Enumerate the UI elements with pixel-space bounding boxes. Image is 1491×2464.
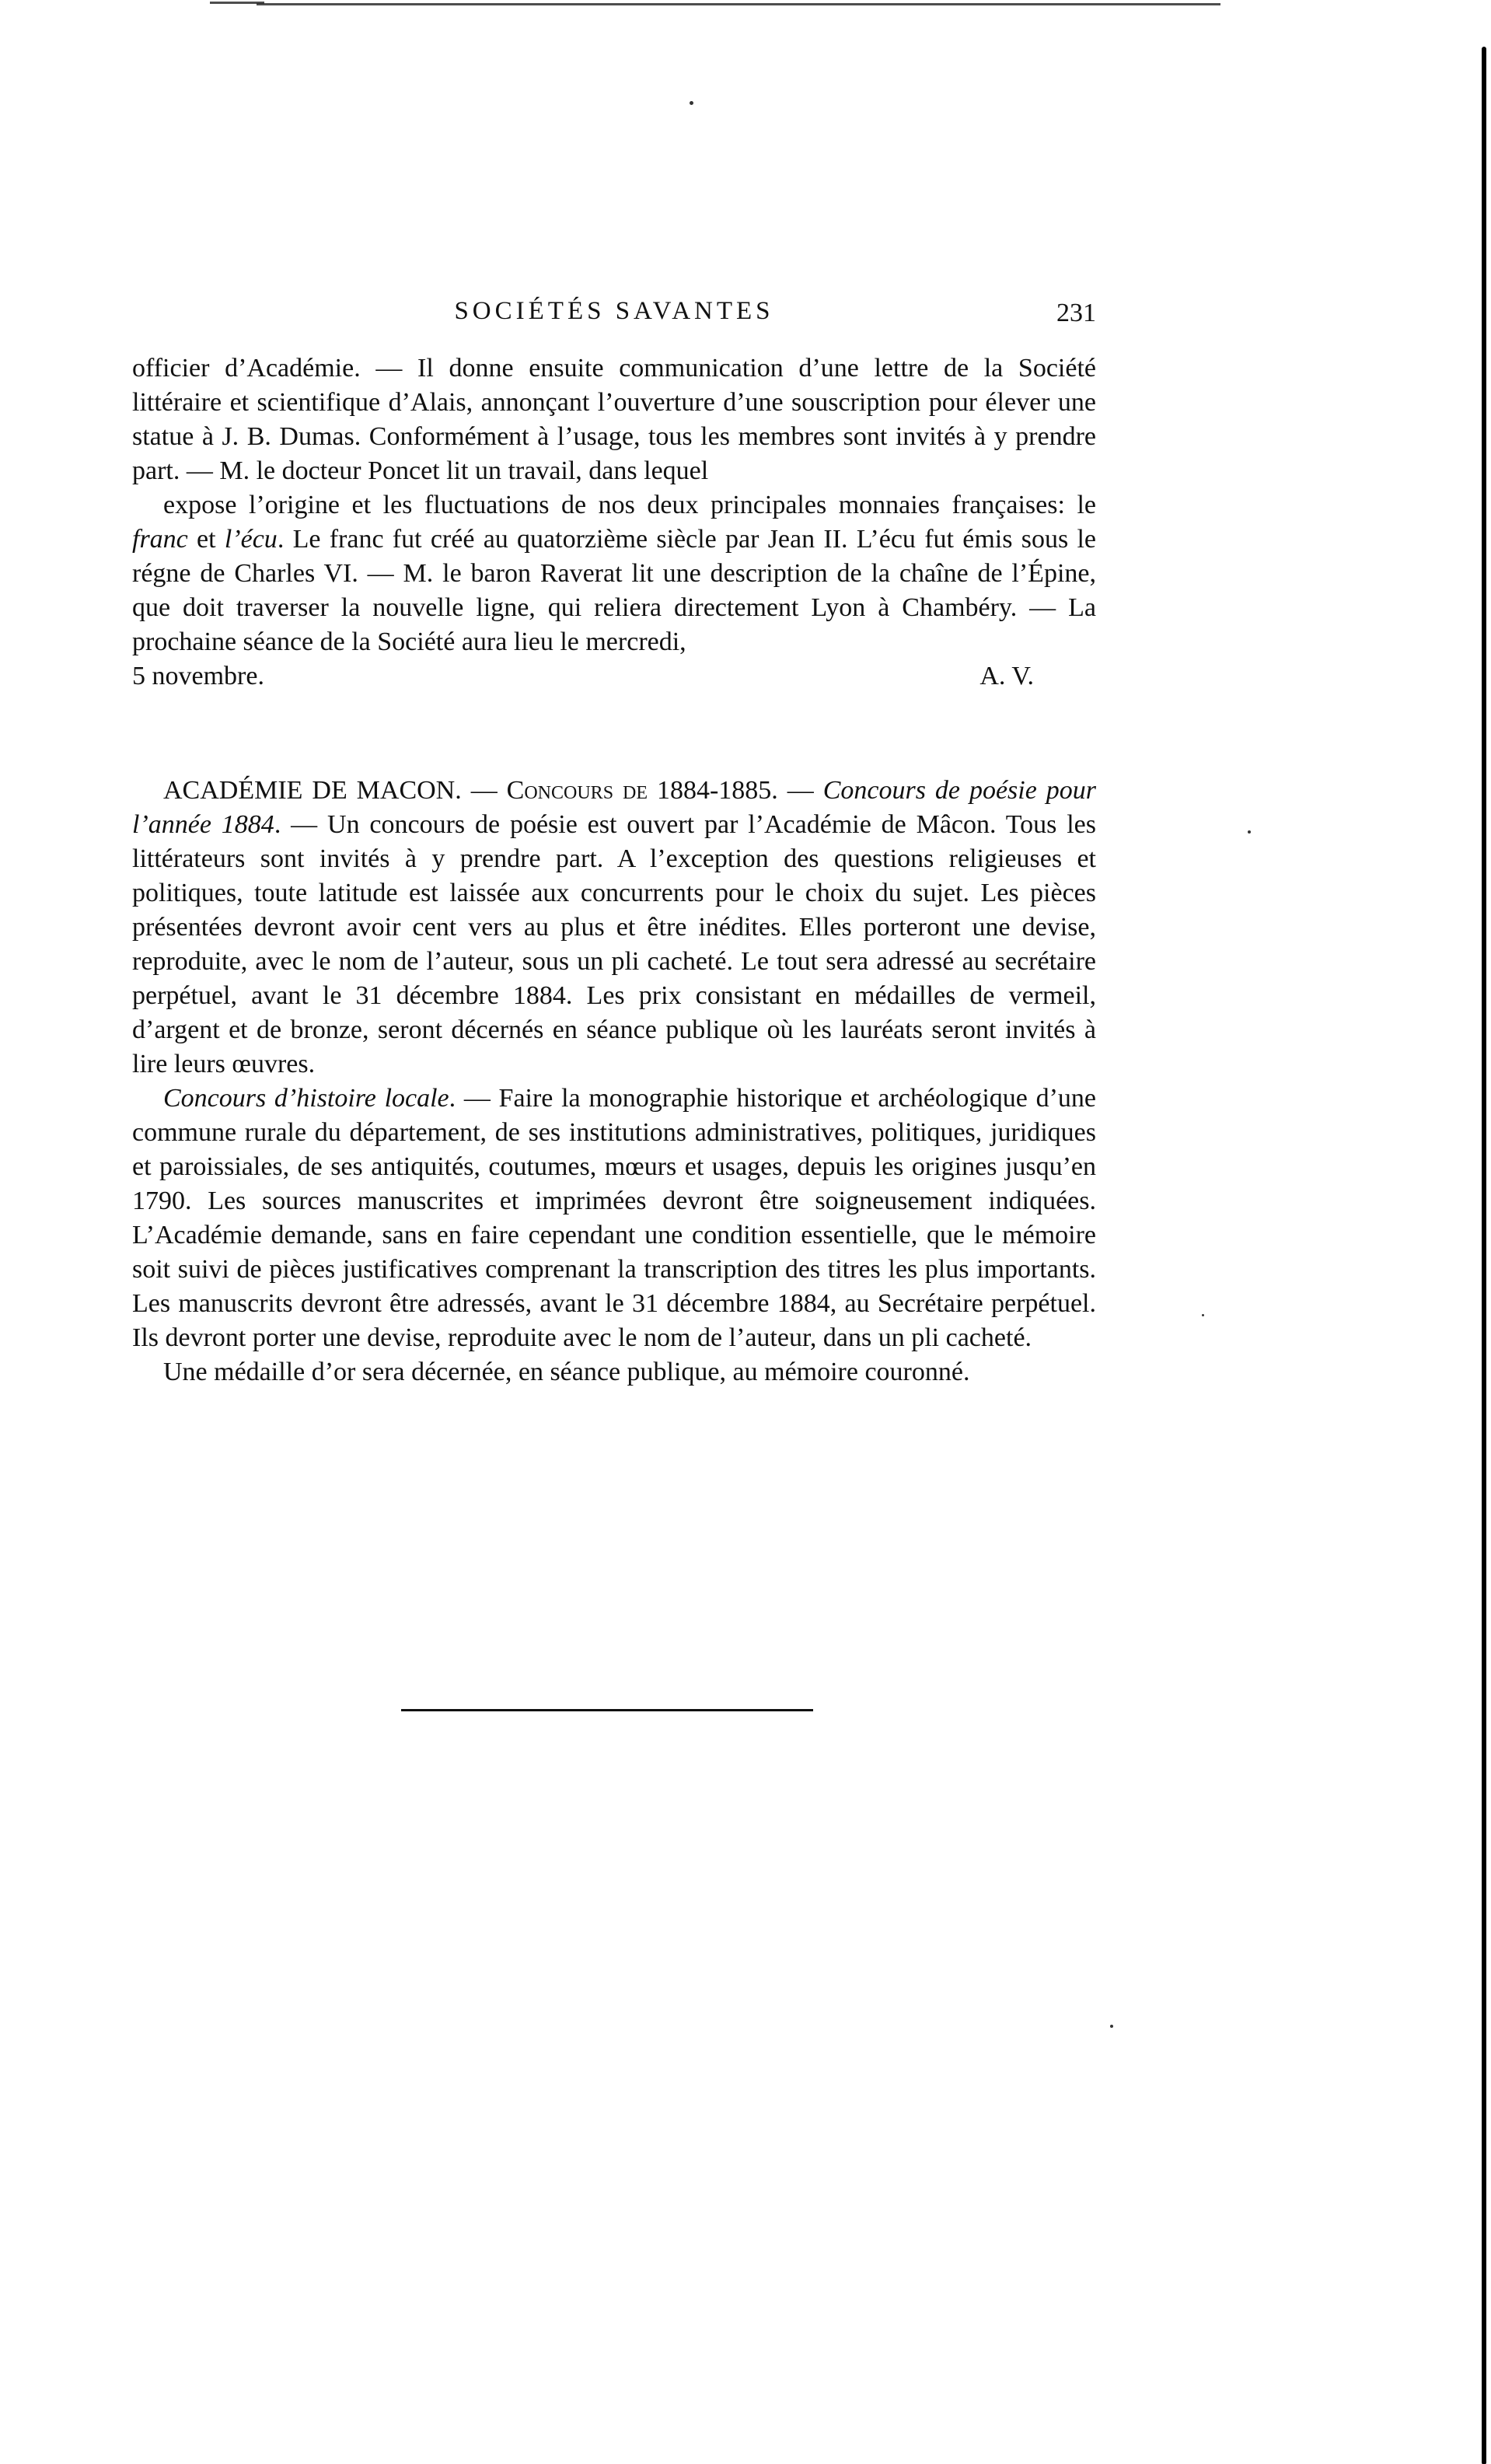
text-run: et xyxy=(188,525,225,554)
paragraph-text: expose l’origine et les fluctuations de … xyxy=(132,488,1096,659)
scan-speck xyxy=(690,101,693,105)
text-run: — xyxy=(462,776,507,805)
section-continuation: officier d’Académie. — Il donne ensuite … xyxy=(132,351,1096,694)
institution-heading: ACADÉMIE DE MACON. xyxy=(163,776,462,805)
page-binding-edge xyxy=(1482,47,1486,2464)
author-initials: A. V. xyxy=(979,659,1034,694)
history-contest-title: Concours d’histoire locale xyxy=(163,1084,449,1113)
paragraph-poetry-contest: ACADÉMIE DE MACON. — Concours de 1884-18… xyxy=(132,774,1096,1082)
signoff-line: 5 novembre. A. V. xyxy=(132,659,1096,694)
page-number: 231 xyxy=(1056,299,1096,328)
last-line: 5 novembre. xyxy=(132,659,264,694)
paragraph-text: . — Un concours de poésie est ouvert par… xyxy=(132,810,1096,1078)
paragraph-history-contest: Concours d’histoire locale. — Faire la m… xyxy=(132,1082,1096,1355)
paragraph-text: officier d’Académie. — Il donne ensuite … xyxy=(132,354,1096,485)
section-academie-macon: ACADÉMIE DE MACON. — Concours de 1884-18… xyxy=(132,774,1096,1389)
text-run: . Le franc fut créé au quatorzième siècl… xyxy=(132,525,1096,656)
contest-heading: Concours de xyxy=(507,776,648,805)
scan-speck xyxy=(1110,2025,1113,2028)
page-header: SOCIÉTÉS SAVANTES 231 xyxy=(132,297,1096,331)
scan-artifact-rule xyxy=(257,3,1220,5)
text-run: expose l’origine et les fluctuations de … xyxy=(163,491,1096,519)
italic-term-ecu: l’écu xyxy=(225,525,278,554)
text-run: — xyxy=(778,776,823,805)
section-end-rule xyxy=(401,1709,813,1711)
scan-speck xyxy=(1248,830,1251,834)
closing-line: Une médaille d’or sera décernée, en séan… xyxy=(132,1355,1096,1389)
contest-years: 1884-1885. xyxy=(648,776,778,805)
paragraph: officier d’Académie. — Il donne ensuite … xyxy=(132,351,1096,659)
scan-speck xyxy=(1202,1314,1204,1316)
paragraph-text: . — Faire la monographie historique et a… xyxy=(132,1084,1096,1352)
italic-term-franc: franc xyxy=(132,525,188,554)
running-title: SOCIÉTÉS SAVANTES xyxy=(132,297,1096,326)
